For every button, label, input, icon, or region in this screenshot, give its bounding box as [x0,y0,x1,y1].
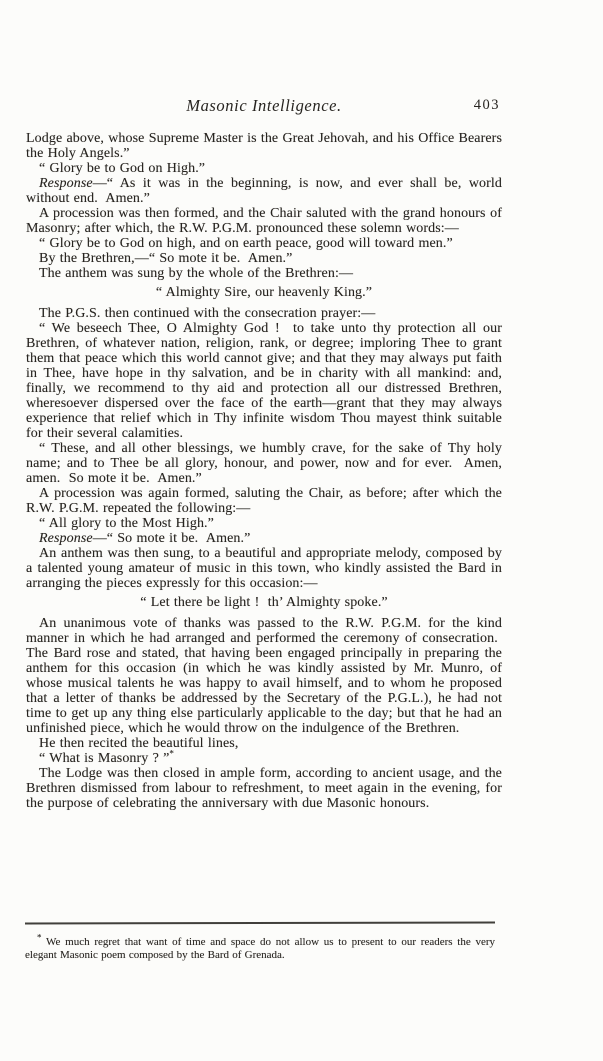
footnote-rule [25,922,495,925]
text-column: Lodge above, whose Supreme Master is the… [26,131,502,811]
page-header: Masonic Intelligence. 403 [26,96,502,118]
italic-lead: Response [39,176,93,191]
paragraph: “ What is Masonry ? ”* [26,751,502,766]
paragraph: “ Glory be to God on High.” [26,161,502,176]
paragraph: Response—“ So mote it be. Amen.” [26,531,502,546]
paragraph: A procession was again formed, saluting … [26,486,502,516]
footnote-reference-marker: * [169,748,174,758]
footnote-body: We much regret that want of time and spa… [25,936,495,961]
paragraph: The Lodge was then closed in ample form,… [26,766,502,811]
paragraph: “ All glory to the Most High.” [26,516,502,531]
page-title: Masonic Intelligence. [26,96,502,116]
paragraph: “ We beseech Thee, O Almighty God ! to t… [26,321,502,441]
paragraph: An unanimous vote of thanks was passed t… [26,616,502,736]
footnote: * We much regret that want of time and s… [25,922,495,962]
italic-lead: Response [39,531,93,546]
page-number: 403 [474,97,500,114]
paragraph: The P.G.S. then continued with the conse… [26,306,502,321]
document-page: Masonic Intelligence. 403 Lodge above, w… [0,0,603,1061]
paragraph: He then recited the beautiful lines, [26,736,502,751]
paragraph: A procession was then formed, and the Ch… [26,206,502,236]
paragraph: Response—“ As it was in the beginning, i… [26,176,502,206]
paragraph: “ Glory be to God on high, and on earth … [26,236,502,251]
paragraph: “ These, and all other blessings, we hum… [26,441,502,486]
footnote-text: * We much regret that want of time and s… [25,936,495,962]
centered-quote: “ Almighty Sire, our heavenly King.” [26,285,502,300]
paragraph: By the Brethren,—“ So mote it be. Amen.” [26,251,502,266]
paragraph: An anthem was then sung, to a beautiful … [26,546,502,591]
paragraph: The anthem was sung by the whole of the … [26,266,502,281]
paragraph: Lodge above, whose Supreme Master is the… [26,131,502,161]
centered-quote: “ Let there be light ! th’ Almighty spok… [26,595,502,610]
